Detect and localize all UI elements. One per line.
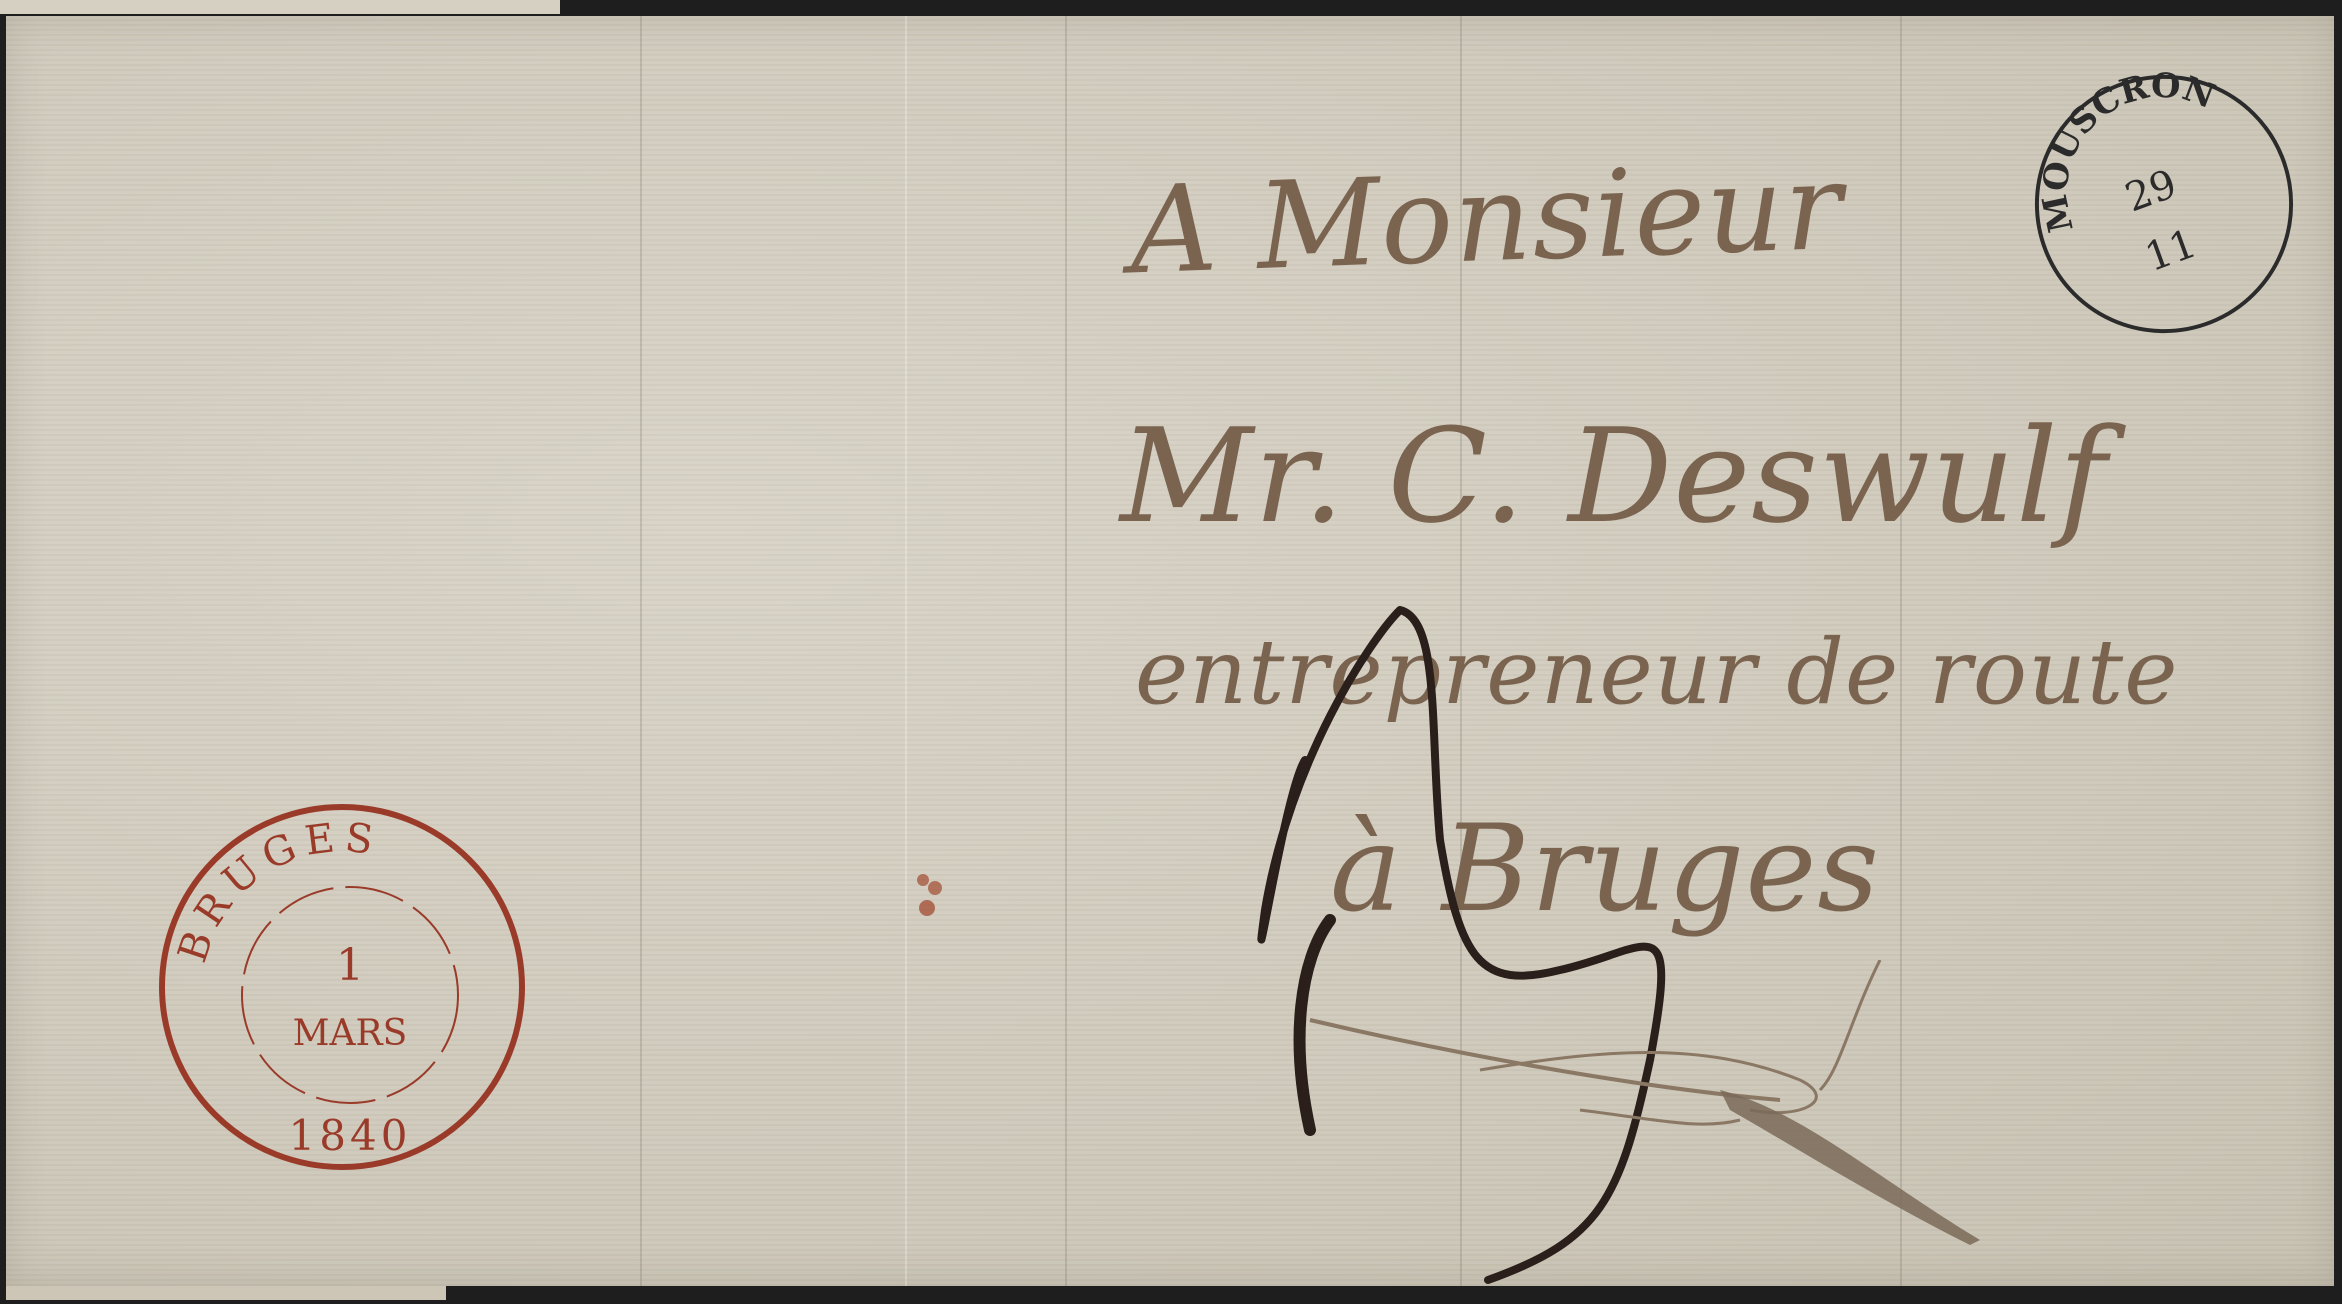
svg-text:MOUSCRON: MOUSCRON — [2034, 65, 2221, 236]
fold-line — [640, 16, 642, 1286]
fold-line — [1065, 16, 1067, 1286]
letter-bottom-flap — [6, 1286, 446, 1300]
address-flourish — [1280, 960, 2060, 1260]
postmark-bruges-year: 1840 — [289, 1111, 412, 1160]
postmark-bruges-day: 1 — [336, 940, 364, 991]
fold-line — [905, 16, 907, 1286]
postmark-bruges: BRUGES 1 MARS 1840 — [150, 795, 535, 1180]
postmark-mouscron: MOUSCRON 29 11 — [2025, 65, 2303, 343]
postmark-mouscron-town: MOUSCRON — [2034, 65, 2221, 236]
postmark-bruges-month: MARS — [293, 1013, 408, 1054]
address-line-1: A Monsieur — [1128, 138, 1845, 302]
backing-sheet-top-edge — [0, 0, 560, 14]
postmark-mouscron-month: 11 — [2139, 221, 2202, 282]
postmark-mouscron-day: 29 — [2119, 161, 2182, 222]
red-ink-spot — [905, 860, 955, 930]
